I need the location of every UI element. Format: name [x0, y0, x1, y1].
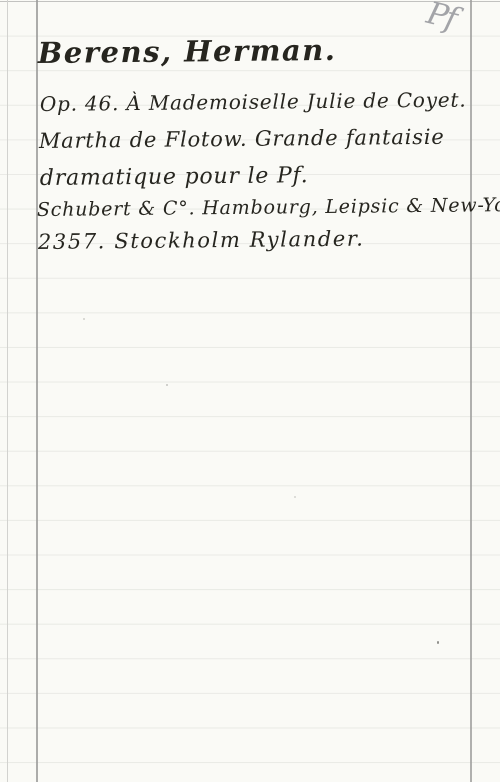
right-margin-line	[470, 0, 472, 782]
left-edge-line	[7, 0, 8, 782]
ruled-lines	[0, 0, 500, 782]
entry-line-title-2: dramatique pour le Pf.	[40, 163, 309, 191]
top-edge-rule	[0, 1, 500, 2]
scan-speck	[437, 641, 439, 644]
entry-line-dedication: Op. 46. À Mademoiselle Julie de Coyet.	[40, 88, 467, 116]
left-margin-line	[36, 0, 38, 782]
entry-line-title-1: Martha de Flotow. Grande fantaisie	[39, 125, 445, 153]
scan-speck	[166, 384, 168, 386]
scan-speck	[294, 496, 296, 498]
catalog-card-page: Pf Berens, Herman. Op. 46. À Mademoisell…	[0, 0, 500, 782]
scan-speck	[83, 318, 85, 320]
entry-line-plate-number: 2357. Stockholm Rylander.	[38, 227, 365, 254]
composer-heading: Berens, Herman.	[38, 33, 337, 70]
